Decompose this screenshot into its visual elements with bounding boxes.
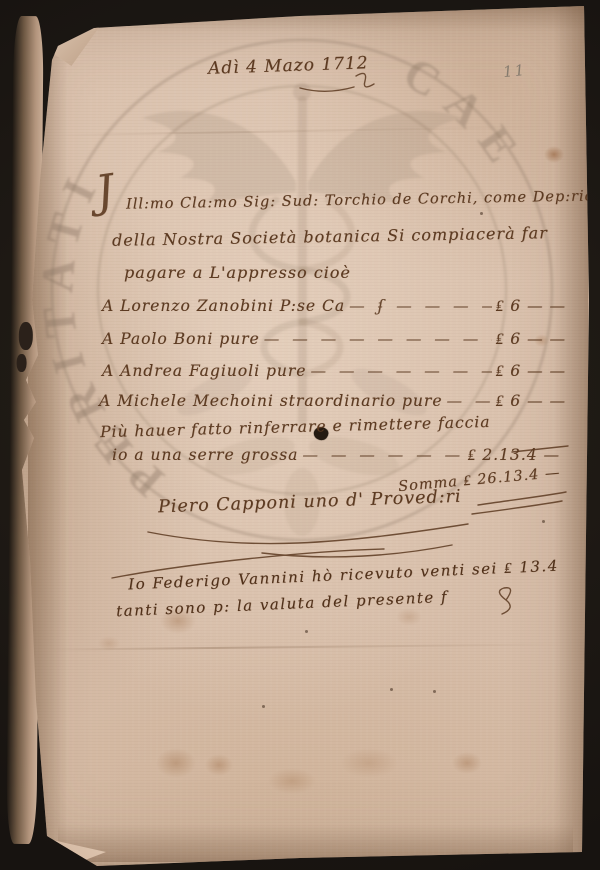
amount: ₤ 6 — — — [496, 392, 566, 411]
manuscript-scan: { "page": { "corner_number": "60·", "fol… — [0, 0, 600, 870]
signature-underline-1 — [148, 524, 468, 544]
date-underline-flourish — [300, 87, 354, 91]
extra-charge-text: io a una serre grossa — [112, 446, 298, 464]
amount: ₤ 2.13.4 — — [468, 446, 560, 465]
manuscript-paper: PERITATI CAE — [0, 0, 600, 870]
payee-name: A Michele Mechoini straordinario pure — [99, 392, 443, 410]
salutation-line-3: pagare a L'appresso cioè — [124, 263, 351, 282]
extra-charge-line-2: io a una serre grossa — — — — — — — — — … — [112, 446, 560, 465]
amount: ₤ 6 — — — [496, 297, 566, 316]
payee-name: A Paolo Boni pure — [102, 330, 260, 348]
payment-row: A Paolo Boni pure — — — — — — — — — — — … — [102, 330, 566, 349]
payment-row: A Lorenzo Zanobini P:se Ca — ʄ — — — — —… — [102, 297, 566, 316]
dash-filler: — ʄ — — — — — — — — — — — [349, 297, 492, 315]
payee-name: A Lorenzo Zanobini P:se Ca — [102, 297, 345, 315]
folio-number: 11 — [502, 61, 527, 81]
payee-name: A Andrea Fagiuoli pure — [102, 362, 306, 380]
amount: ₤ 6 — — — [496, 362, 566, 381]
spine-dark-mark — [17, 354, 27, 372]
dash-filler: — — — — — — — — — — — — — [310, 362, 491, 380]
payment-row: A Andrea Fagiuoli pure — — — — — — — — —… — [102, 362, 566, 381]
dash-filler: — — — — — — — [447, 392, 492, 410]
somma-underline-2 — [472, 501, 562, 514]
final-f-flourish — [499, 588, 510, 614]
spine-dark-mark — [19, 322, 33, 350]
dash-filler: — — — — — — — — — — — — — [264, 330, 492, 348]
dash-filler: — — — — — — — — — — [302, 446, 463, 464]
amount: ₤ 6 — — — [496, 330, 566, 349]
date-end-flourish — [356, 73, 374, 86]
payment-row: A Michele Mechoini straordinario pure — … — [99, 392, 566, 411]
